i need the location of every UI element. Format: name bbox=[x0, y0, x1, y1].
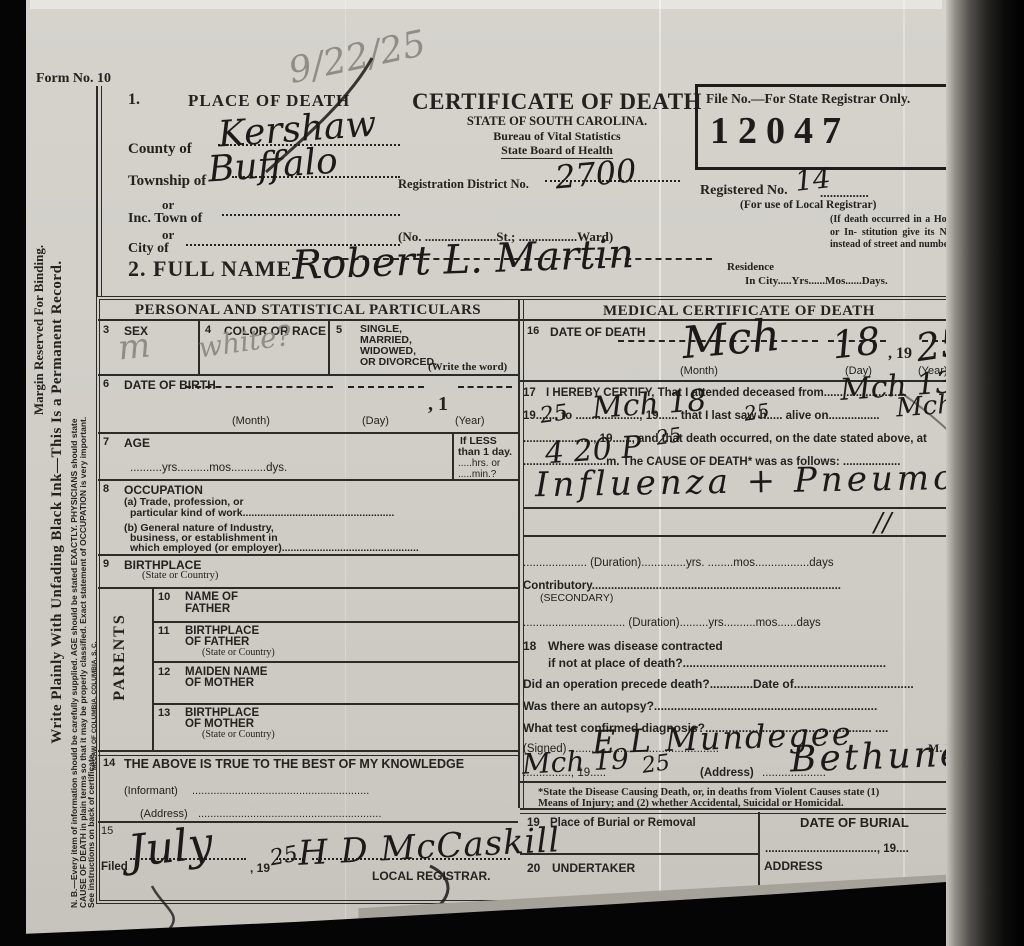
true-statement-label: THE ABOVE IS TRUE TO THE BEST OF MY KNOW… bbox=[124, 758, 464, 771]
date-of-death-label: DATE OF DEATH bbox=[550, 326, 646, 338]
rule bbox=[523, 507, 958, 509]
field12-number: 12 bbox=[158, 667, 170, 678]
dob-year-line bbox=[458, 386, 512, 388]
death-month-caption: (Month) bbox=[680, 366, 718, 377]
full-name-label: 2. FULL NAME bbox=[128, 258, 292, 280]
personal-section-header: PERSONAL AND STATISTICAL PARTICULARS bbox=[98, 303, 518, 318]
marital-line3: WIDOWED, bbox=[360, 346, 416, 357]
rule bbox=[98, 554, 518, 556]
residence-label: Residence bbox=[727, 262, 774, 273]
secondary-label: (SECONDARY) bbox=[540, 593, 613, 604]
marital-line1: SINGLE, bbox=[360, 324, 402, 335]
filed-month-value: July bbox=[126, 822, 215, 875]
informant-address-dots: ........................................… bbox=[198, 809, 381, 820]
age-units-line: ..........yrs..........mos...........dys… bbox=[130, 463, 287, 475]
informant-dots: ........................................… bbox=[192, 786, 369, 797]
duration-line-1: .................... (Duration).........… bbox=[523, 558, 834, 570]
margin-binding-note: Margin Reserved For Binding. bbox=[32, 100, 45, 560]
filed-label: Filed bbox=[101, 862, 128, 874]
form-left-border-top bbox=[96, 86, 102, 296]
item1-number: 1. bbox=[128, 92, 140, 108]
mother-maiden-label-2: OF MOTHER bbox=[185, 678, 254, 690]
registered-no-note: (For use of Local Registrar) bbox=[740, 200, 876, 212]
field3-number: 3 bbox=[103, 325, 109, 336]
informant-address-label: (Address) bbox=[140, 809, 188, 820]
occupation-label: OCCUPATION bbox=[124, 484, 203, 496]
father-birthplace-note: (State or Country) bbox=[202, 648, 275, 658]
certificate-title: CERTIFICATE OF DEATH bbox=[392, 90, 722, 113]
or-label-1: or bbox=[162, 198, 174, 211]
less-than-day-line2: than 1 day. bbox=[458, 447, 512, 458]
field8-number: 8 bbox=[103, 484, 109, 495]
occupation-a1: (a) Trade, profession, or bbox=[124, 497, 244, 508]
date-of-birth-label: DATE OF BIRTH bbox=[124, 379, 216, 391]
registration-district-value: 2700 bbox=[554, 155, 638, 194]
dob-month-line bbox=[185, 386, 333, 388]
contributory-label: Contributory............................… bbox=[523, 581, 841, 593]
field11-number: 11 bbox=[158, 626, 170, 637]
cell-divider bbox=[328, 320, 330, 374]
rule bbox=[98, 319, 518, 321]
operation-line: Did an operation precede death?.........… bbox=[523, 678, 914, 690]
margin-nb-note: N. B.—Every item of information should b… bbox=[70, 88, 96, 908]
field9-number: 9 bbox=[103, 559, 109, 570]
informant-label: (Informant) bbox=[124, 786, 178, 797]
file-number-label: File No.—For State Registrar Only. bbox=[698, 87, 968, 106]
local-registrar-label: LOCAL REGISTRAR. bbox=[372, 870, 490, 882]
field5-number: 5 bbox=[336, 325, 342, 336]
inc-town-ruled-line bbox=[222, 214, 400, 216]
footnote-line1: *State the Disease Causing Death, or, in… bbox=[538, 788, 879, 799]
margin-permanent-record-note: Write Plainly With Unfading Black Ink—Th… bbox=[50, 102, 65, 902]
disease-contracted-line1: Where was disease contracted bbox=[548, 640, 723, 652]
rule bbox=[520, 781, 958, 783]
marital-line2: MARRIED, bbox=[360, 335, 412, 346]
duration-line-2: ................................ (Durati… bbox=[523, 618, 821, 630]
father-name-label-2: FATHER bbox=[185, 604, 230, 616]
field6-number: 6 bbox=[103, 379, 109, 390]
dob-day-caption: (Day) bbox=[362, 416, 389, 427]
rule bbox=[152, 621, 518, 623]
full-name-value: Robert L. Martin bbox=[291, 234, 634, 286]
form-number: Form No. 10 bbox=[36, 72, 111, 86]
file-number-box: File No.—For State Registrar Only. 12047 bbox=[695, 84, 971, 170]
footnote-line2: Means of Injury; and (2) whether Acciden… bbox=[538, 799, 844, 810]
dob-year-caption: (Year) bbox=[455, 416, 485, 427]
file-number-stamp: 12047 bbox=[698, 106, 968, 150]
field15-number: 15 bbox=[101, 826, 113, 837]
county-label: County of bbox=[128, 142, 192, 157]
field20-number: 20 bbox=[527, 862, 540, 874]
death-day-value: 18 bbox=[830, 322, 882, 365]
attended-to-year-value: 25 bbox=[743, 400, 771, 423]
scanned-death-certificate: Margin Reserved For Binding. Write Plain… bbox=[0, 0, 1024, 946]
residence-line: In City.....Yrs......Mos......Days. bbox=[745, 276, 888, 287]
scan-right-crumpled-edge bbox=[946, 0, 1024, 946]
burial-place-label: Place of Burial or Removal bbox=[550, 818, 696, 830]
sex-value: m bbox=[116, 328, 152, 365]
birthplace-note: (State or Country) bbox=[142, 571, 218, 582]
rule bbox=[98, 750, 518, 756]
less-than-day-line1: If LESS bbox=[460, 436, 497, 447]
marital-line4: OR DIVORCED. bbox=[360, 357, 437, 368]
rule bbox=[98, 479, 518, 481]
burial-cell-divider bbox=[758, 812, 760, 894]
signed-date-value: Mch 19 bbox=[521, 745, 629, 779]
registration-district-label: Registration District No. bbox=[398, 178, 529, 191]
registered-no-label: Registered No. bbox=[700, 184, 788, 198]
field18-number: 18 bbox=[523, 640, 536, 652]
parents-divider bbox=[152, 588, 154, 751]
bureau-subtitle: Bureau of Vital Statistics bbox=[392, 130, 722, 142]
less-than-day-line4: .....min.? bbox=[458, 470, 496, 480]
write-the-word-note: (Write the word) bbox=[428, 362, 507, 373]
age-label: AGE bbox=[124, 437, 150, 449]
occupation-b3: which employed (or employer)............… bbox=[130, 543, 419, 554]
father-name-label-1: NAME OF bbox=[185, 592, 238, 604]
rule bbox=[98, 432, 518, 434]
dob-preprinted-year: , 1 bbox=[428, 394, 448, 414]
dob-month-caption: (Month) bbox=[232, 416, 270, 427]
field19-number: 19 bbox=[527, 818, 540, 830]
city-label: City of bbox=[128, 242, 169, 256]
rule bbox=[523, 535, 958, 537]
field17-number: 17 bbox=[523, 388, 536, 400]
scan-top-edge bbox=[30, 0, 942, 9]
field10-number: 10 bbox=[158, 592, 170, 603]
inc-town-label: Inc. Town of bbox=[128, 212, 202, 226]
township-value: Buffalo bbox=[207, 144, 339, 189]
mother-birthplace-note: (State or Country) bbox=[202, 730, 275, 740]
cause-ditto-mark: // bbox=[874, 510, 892, 536]
attended-to-value: Mch 18 bbox=[591, 386, 707, 424]
filed-year-preprint: , 19 bbox=[250, 862, 270, 874]
parents-label: PARENTS bbox=[112, 602, 128, 712]
rule bbox=[98, 587, 518, 589]
burial-date-line: ..................................., 19.… bbox=[765, 844, 909, 856]
death-month-value: Mch bbox=[680, 314, 782, 366]
occupation-a2: particular kind of work.................… bbox=[130, 508, 394, 519]
township-label: Township of bbox=[128, 174, 206, 189]
rule bbox=[152, 703, 518, 705]
field7-number: 7 bbox=[103, 437, 109, 448]
attended-from-year-value: 25 bbox=[539, 402, 570, 428]
signed-year-value: 25 bbox=[641, 752, 672, 778]
field14-number: 14 bbox=[103, 758, 115, 769]
dob-day-line bbox=[348, 386, 424, 388]
rule bbox=[152, 661, 518, 663]
autopsy-line: Was there an autopsy?...................… bbox=[523, 700, 877, 712]
title-block: CERTIFICATE OF DEATH STATE OF SOUTH CARO… bbox=[392, 90, 722, 159]
undertaker-address-label: ADDRESS bbox=[764, 860, 823, 872]
signed-address-label: (Address) bbox=[700, 768, 754, 780]
less-than-day-line3: .....hrs. or bbox=[458, 459, 500, 469]
field13-number: 13 bbox=[158, 708, 170, 719]
margin-nb-line3: See instructions on back of certificate. bbox=[87, 88, 96, 908]
death-occurred-year-value: 25 bbox=[655, 424, 683, 447]
filed-year-value: 25 bbox=[268, 844, 299, 871]
registered-no-value: 14 bbox=[794, 164, 832, 196]
death-year-preprint: , 19 bbox=[888, 346, 912, 362]
undertaker-label: UNDERTAKER bbox=[552, 862, 635, 874]
disease-contracted-line2: if not at place of death?...............… bbox=[548, 657, 886, 669]
or-label-2: or bbox=[162, 228, 174, 241]
field16-number: 16 bbox=[527, 326, 539, 337]
cell-divider bbox=[452, 433, 454, 479]
state-subtitle: STATE OF SOUTH CAROLINA. bbox=[392, 115, 722, 128]
rule bbox=[98, 374, 518, 376]
burial-date-label: DATE OF BURIAL bbox=[800, 816, 909, 829]
